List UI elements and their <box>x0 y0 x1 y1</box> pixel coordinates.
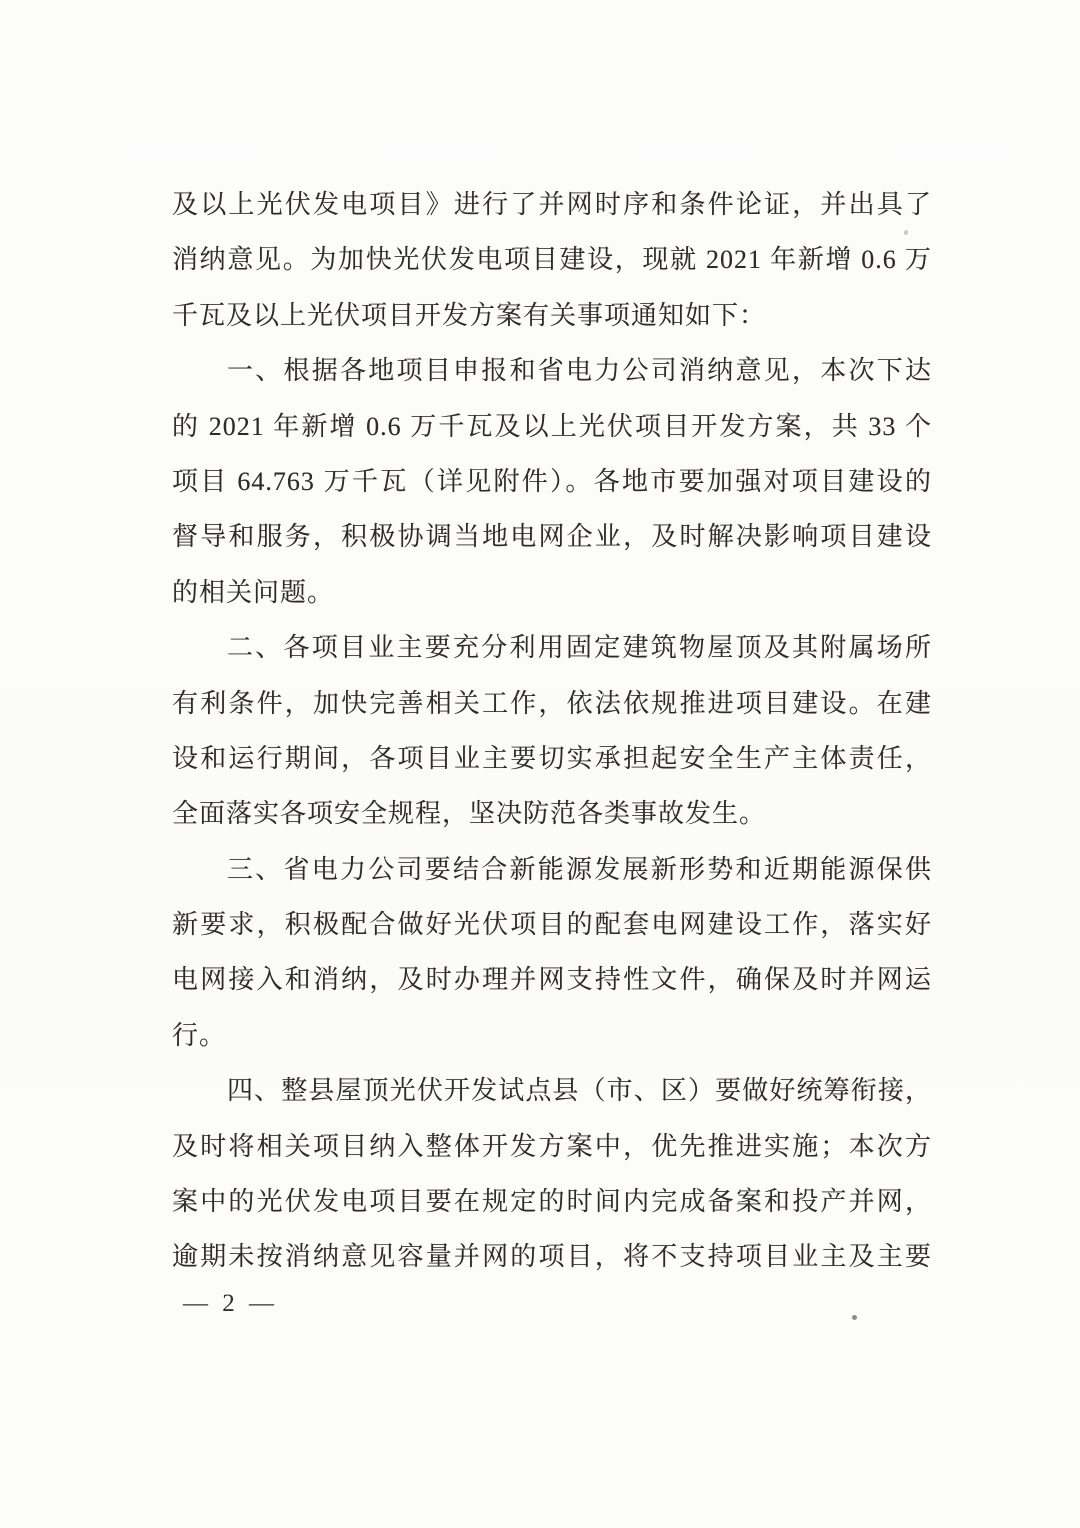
scanned-document-page: 及以上光伏发电项目》进行了并网时序和条件论证，并出具了 消纳意见。为加快光伏发电… <box>0 0 1080 1528</box>
text-line: 的相关问题。 <box>172 565 932 620</box>
text-line-section-2: 二、各项目业主要充分利用固定建筑物屋顶及其附属场所 <box>172 620 932 675</box>
text-line: 及时将相关项目纳入整体开发方案中，优先推进实施；本次方 <box>172 1119 932 1174</box>
text-line: 项目 64.763 万千瓦（详见附件）。各地市要加强对项目建设的 <box>172 454 932 509</box>
text-line: 督导和服务，积极协调当地电网企业，及时解决影响项目建设 <box>172 509 932 564</box>
text-line: 新要求，积极配合做好光伏项目的配套电网建设工作，落实好 <box>172 897 932 952</box>
scan-artifact-dot <box>852 1315 857 1320</box>
text-line: 电网接入和消纳，及时办理并网支持性文件，确保及时并网运 <box>172 952 932 1007</box>
text-line: 的 2021 年新增 0.6 万千瓦及以上光伏项目开发方案，共 33 个 <box>172 399 932 454</box>
text-line: 行。 <box>172 1008 932 1063</box>
text-line: 案中的光伏发电项目要在规定的时间内完成备案和投产并网， <box>172 1174 932 1229</box>
text-line: 及以上光伏发电项目》进行了并网时序和条件论证，并出具了 <box>172 177 932 232</box>
page-number: — 2 — <box>183 1284 278 1324</box>
text-line: 千瓦及以上光伏项目开发方案有关事项通知如下： <box>172 288 932 343</box>
text-line-section-3: 三、省电力公司要结合新能源发展新形势和近期能源保供 <box>172 842 932 897</box>
text-line: 消纳意见。为加快光伏发电项目建设，现就 2021 年新增 0.6 万 <box>172 232 932 287</box>
text-line-section-4: 四、整县屋顶光伏开发试点县（市、区）要做好统筹衔接， <box>172 1063 932 1118</box>
text-line: 逾期未按消纳意见容量并网的项目，将不支持项目业主及主要 <box>172 1229 932 1284</box>
document-body: 及以上光伏发电项目》进行了并网时序和条件论证，并出具了 消纳意见。为加快光伏发电… <box>172 177 932 1285</box>
text-line: 有利条件，加快完善相关工作，依法依规推进项目建设。在建 <box>172 676 932 731</box>
text-line-section-1: 一、根据各地项目申报和省电力公司消纳意见，本次下达 <box>172 343 932 398</box>
text-line: 设和运行期间，各项目业主要切实承担起安全生产主体责任， <box>172 731 932 786</box>
text-line: 全面落实各项安全规程，坚决防范各类事故发生。 <box>172 786 932 841</box>
